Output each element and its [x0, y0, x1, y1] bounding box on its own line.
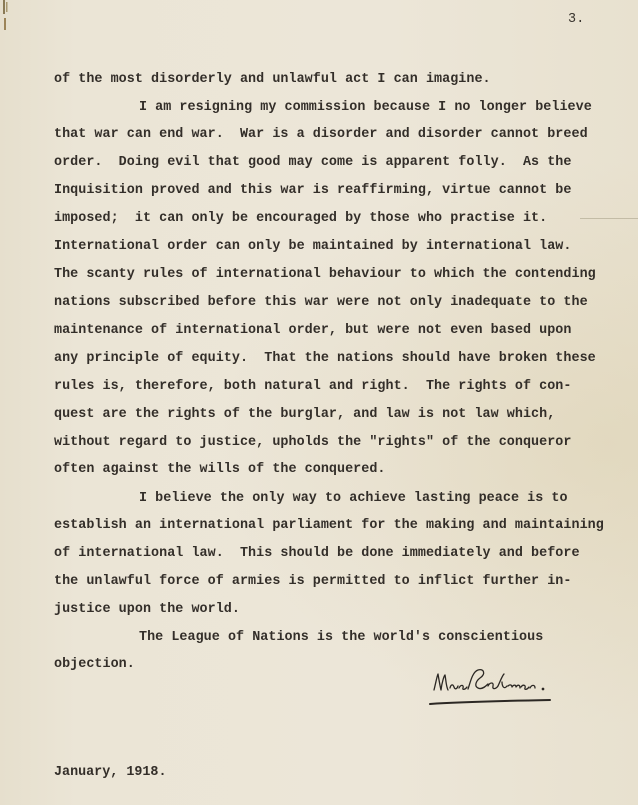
text-line: quest are the rights of the burglar, and…	[54, 407, 555, 423]
text-line: The scanty rules of international behavi…	[54, 267, 596, 283]
text-line: order. Doing evil that good may come is …	[54, 155, 571, 171]
text-line: imposed; it can only be encouraged by th…	[54, 211, 547, 227]
text-line: establish an international parliament fo…	[54, 518, 604, 534]
text-line: Inquisition proved and this war is reaff…	[54, 183, 571, 199]
page-number: 3.	[568, 12, 584, 27]
text-line: maintenance of international order, but …	[54, 323, 571, 339]
text-line: without regard to justice, upholds the "…	[54, 435, 571, 451]
text-line: any principle of equity. That the nation…	[54, 351, 596, 367]
text-line: often against the wills of the conquered…	[54, 462, 386, 478]
text-line: International order can only be maintain…	[54, 239, 571, 255]
paragraph-start-line: I am resigning my commission because I n…	[139, 100, 592, 116]
staple-mark-icon	[0, 0, 10, 34]
paragraph-start-line: The League of Nations is the world's con…	[139, 630, 543, 646]
paragraph-start-line: I believe the only way to achieve lastin…	[139, 491, 568, 507]
text-line: that war can end war. War is a disorder …	[54, 127, 588, 143]
text-line: nations subscribed before this war were …	[54, 295, 588, 311]
handwritten-signature	[428, 664, 568, 708]
letter-date: January, 1918.	[54, 765, 167, 781]
typewritten-letter-page: 3. of the most disorderly and unlawful a…	[0, 0, 638, 805]
text-line: objection.	[54, 657, 135, 673]
text-line: justice upon the world.	[54, 602, 240, 618]
text-line: of international law. This should be don…	[54, 546, 580, 562]
text-line: rules is, therefore, both natural and ri…	[54, 379, 571, 395]
text-line: of the most disorderly and unlawful act …	[54, 72, 491, 88]
paper-crease-mark	[580, 218, 638, 219]
text-line: the unlawful force of armies is permitte…	[54, 574, 571, 590]
